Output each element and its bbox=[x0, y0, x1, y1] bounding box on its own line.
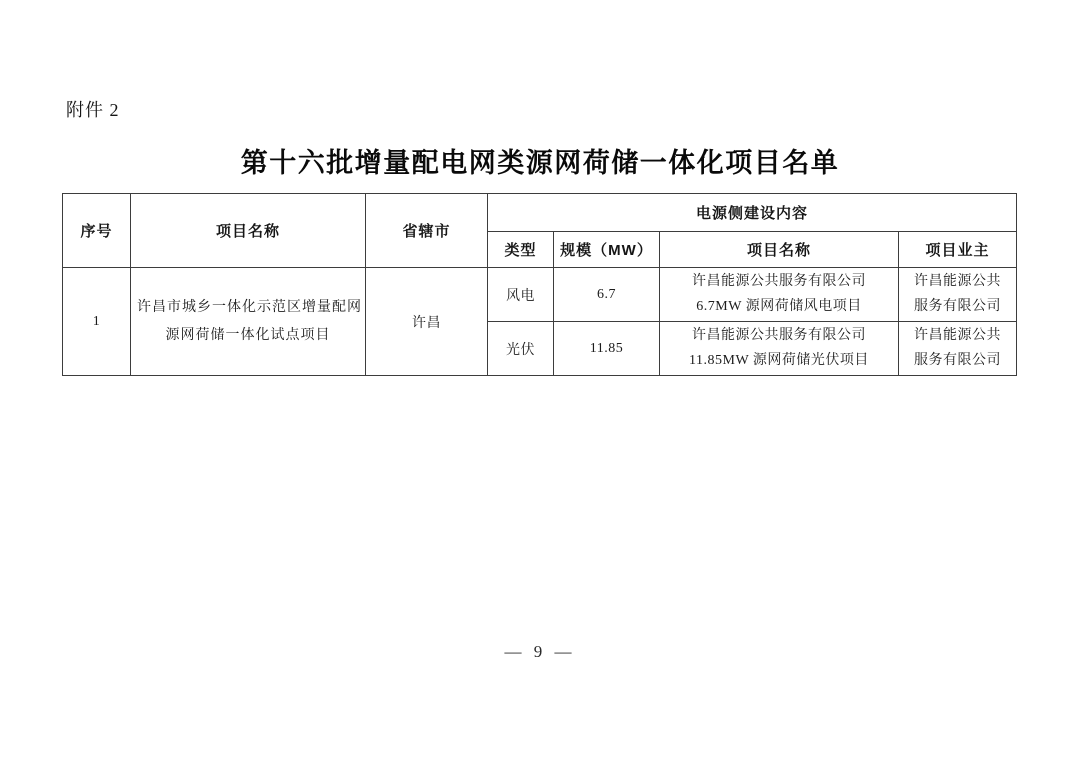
col-header-city: 省辖市 bbox=[366, 194, 488, 268]
cell-source-scale: 6.7 bbox=[554, 268, 660, 322]
cell-source-owner: 许昌能源公共服务有限公司 bbox=[899, 268, 1017, 322]
source-name-line: 11.85MW 源网荷储光伏项目 bbox=[666, 349, 892, 374]
table-header-row-1: 序号 项目名称 省辖市 电源侧建设内容 bbox=[63, 194, 1017, 232]
col-header-type: 类型 bbox=[488, 232, 554, 268]
document-page: 附件 2 第十六批增量配电网类源网荷储一体化项目名单 序号 项目名称 省辖市 电… bbox=[0, 0, 1080, 760]
cell-source-owner: 许昌能源公共服务有限公司 bbox=[899, 322, 1017, 376]
attachment-label: 附件 2 bbox=[66, 96, 120, 122]
col-header-owner: 项目业主 bbox=[899, 232, 1017, 268]
page-number: — 9 — bbox=[0, 642, 1080, 662]
source-name-line: 许昌能源公共服务有限公司 bbox=[666, 270, 892, 295]
project-table: 序号 项目名称 省辖市 电源侧建设内容 类型 规模（MW） 项目名称 项目业主 … bbox=[62, 193, 1017, 376]
col-header-project-name: 项目名称 bbox=[131, 194, 366, 268]
cell-source-type: 光伏 bbox=[488, 322, 554, 376]
col-header-sub-project-name: 项目名称 bbox=[660, 232, 899, 268]
document-title: 第十六批增量配电网类源网荷储一体化项目名单 bbox=[0, 141, 1080, 180]
col-header-seq: 序号 bbox=[63, 194, 131, 268]
cell-project-name: 许昌市城乡一体化示范区增量配网 源网荷储一体化试点项目 bbox=[131, 268, 366, 376]
cell-city: 许昌 bbox=[366, 268, 488, 376]
cell-source-name: 许昌能源公共服务有限公司 6.7MW 源网荷储风电项目 bbox=[660, 268, 899, 322]
project-name-line: 许昌市城乡一体化示范区增量配网 bbox=[137, 294, 359, 321]
cell-source-name: 许昌能源公共服务有限公司 11.85MW 源网荷储光伏项目 bbox=[660, 322, 899, 376]
col-header-power-side-group: 电源侧建设内容 bbox=[488, 194, 1017, 232]
cell-source-type: 风电 bbox=[488, 268, 554, 322]
source-name-line: 6.7MW 源网荷储风电项目 bbox=[666, 295, 892, 320]
cell-source-scale: 11.85 bbox=[554, 322, 660, 376]
cell-seq: 1 bbox=[63, 268, 131, 376]
col-header-scale: 规模（MW） bbox=[554, 232, 660, 268]
table-row-source-wind: 1 许昌市城乡一体化示范区增量配网 源网荷储一体化试点项目 许昌 风电 6.7 … bbox=[63, 268, 1017, 322]
project-name-line: 源网荷储一体化试点项目 bbox=[137, 322, 359, 349]
source-name-line: 许昌能源公共服务有限公司 bbox=[666, 324, 892, 349]
